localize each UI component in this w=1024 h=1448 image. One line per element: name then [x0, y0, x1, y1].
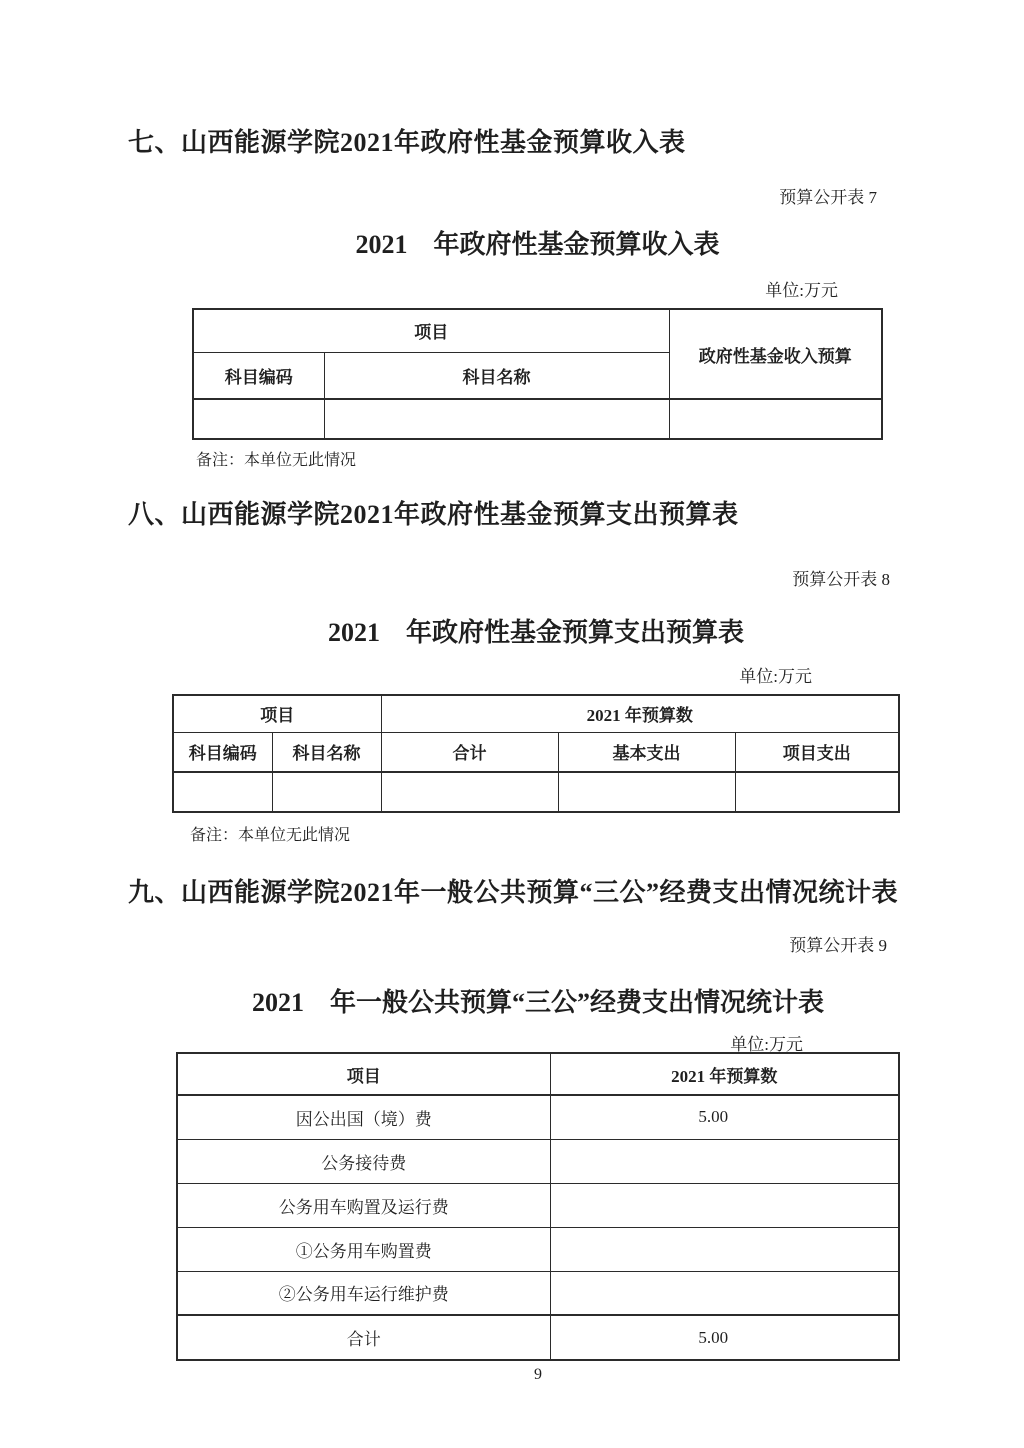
- table-row: 项目 2021 年预算数: [177, 1053, 899, 1095]
- section-9-table-title: 2021 年一般公共预算“三公”经费支出情况统计表: [176, 982, 900, 1019]
- empty-cell: [193, 399, 324, 439]
- document-page: 七、山西能源学院2021年政府性基金预算收入表 预算公开表 7 2021 年政府…: [0, 0, 1024, 1448]
- table-row: 项目 2021 年预算数: [173, 695, 899, 732]
- fund-expenditure-table: 项目 2021 年预算数 科目编码 科目名称 合计 基本支出 项目支出: [172, 694, 900, 813]
- section-8-table-title: 2021 年政府性基金预算支出预算表: [172, 612, 900, 649]
- subheader-cell: 科目编码: [193, 352, 324, 399]
- year-header-cell: 2021 年预算数: [550, 1053, 899, 1095]
- section-8-note: 备注：本单位无此情况: [190, 822, 350, 845]
- fund-income-table: 项目 政府性基金收入预算 科目编码 科目名称: [192, 308, 883, 440]
- value-cell: [550, 1139, 899, 1183]
- section-8-table-label: 预算公开表 8: [792, 565, 890, 590]
- table-row: [173, 772, 899, 812]
- value-cell: [550, 1271, 899, 1315]
- empty-cell: [381, 772, 558, 812]
- table-row: ②公务用车运行维护费: [177, 1271, 899, 1315]
- table-row: 公务用车购置及运行费: [177, 1183, 899, 1227]
- empty-cell: [324, 399, 669, 439]
- year-header-cell: 2021 年预算数: [381, 695, 899, 732]
- subheader-cell: 科目名称: [272, 732, 381, 772]
- section-7-heading: 七、山西能源学院2021年政府性基金预算收入表: [128, 122, 686, 159]
- subheader-cell: 基本支出: [558, 732, 735, 772]
- item-cell: ①公务用车购置费: [177, 1227, 550, 1271]
- section-7-table-label: 预算公开表 7: [779, 183, 877, 208]
- table-row: [193, 399, 882, 439]
- item-header-cell: 项目: [177, 1053, 550, 1095]
- section-8-heading: 八、山西能源学院2021年政府性基金预算支出预算表: [128, 494, 739, 531]
- table-row: 科目编码 科目名称 合计 基本支出 项目支出: [173, 732, 899, 772]
- empty-cell: [735, 772, 899, 812]
- subheader-cell: 科目名称: [324, 352, 669, 399]
- empty-cell: [669, 399, 882, 439]
- empty-cell: [272, 772, 381, 812]
- section-9-table-label: 预算公开表 9: [789, 931, 887, 956]
- item-cell: 因公出国（境）费: [177, 1095, 550, 1139]
- value-cell: 5.00: [550, 1095, 899, 1139]
- item-cell: 公务接待费: [177, 1139, 550, 1183]
- table-row: 因公出国（境）费 5.00: [177, 1095, 899, 1139]
- total-item-cell: 合计: [177, 1315, 550, 1360]
- section-7-note: 备注：本单位无此情况: [196, 447, 356, 470]
- table-row: 合计 5.00: [177, 1315, 899, 1360]
- group-header-cell: 项目: [173, 695, 381, 732]
- item-cell: ②公务用车运行维护费: [177, 1271, 550, 1315]
- page-number: 9: [176, 1366, 900, 1384]
- subheader-cell: 合计: [381, 732, 558, 772]
- total-value-cell: 5.00: [550, 1315, 899, 1360]
- subheader-cell: 科目编码: [173, 732, 272, 772]
- table-row: 公务接待费: [177, 1139, 899, 1183]
- table-row: 项目 政府性基金收入预算: [193, 309, 882, 352]
- table-row: ①公务用车购置费: [177, 1227, 899, 1271]
- empty-cell: [173, 772, 272, 812]
- item-cell: 公务用车购置及运行费: [177, 1183, 550, 1227]
- section-7-table-title: 2021 年政府性基金预算收入表: [192, 224, 883, 261]
- section-7-unit-label: 单位:万元: [765, 276, 838, 301]
- value-cell: [550, 1227, 899, 1271]
- group-header-cell: 项目: [193, 309, 669, 352]
- subheader-cell: 项目支出: [735, 732, 899, 772]
- three-public-expense-table: 项目 2021 年预算数 因公出国（境）费 5.00 公务接待费 公务用车购置及…: [176, 1052, 900, 1361]
- value-cell: [550, 1183, 899, 1227]
- section-9-heading: 九、山西能源学院2021年一般公共预算“三公”经费支出情况统计表: [128, 872, 898, 909]
- value-header-cell: 政府性基金收入预算: [669, 309, 882, 399]
- empty-cell: [558, 772, 735, 812]
- section-8-unit-label: 单位:万元: [739, 662, 812, 687]
